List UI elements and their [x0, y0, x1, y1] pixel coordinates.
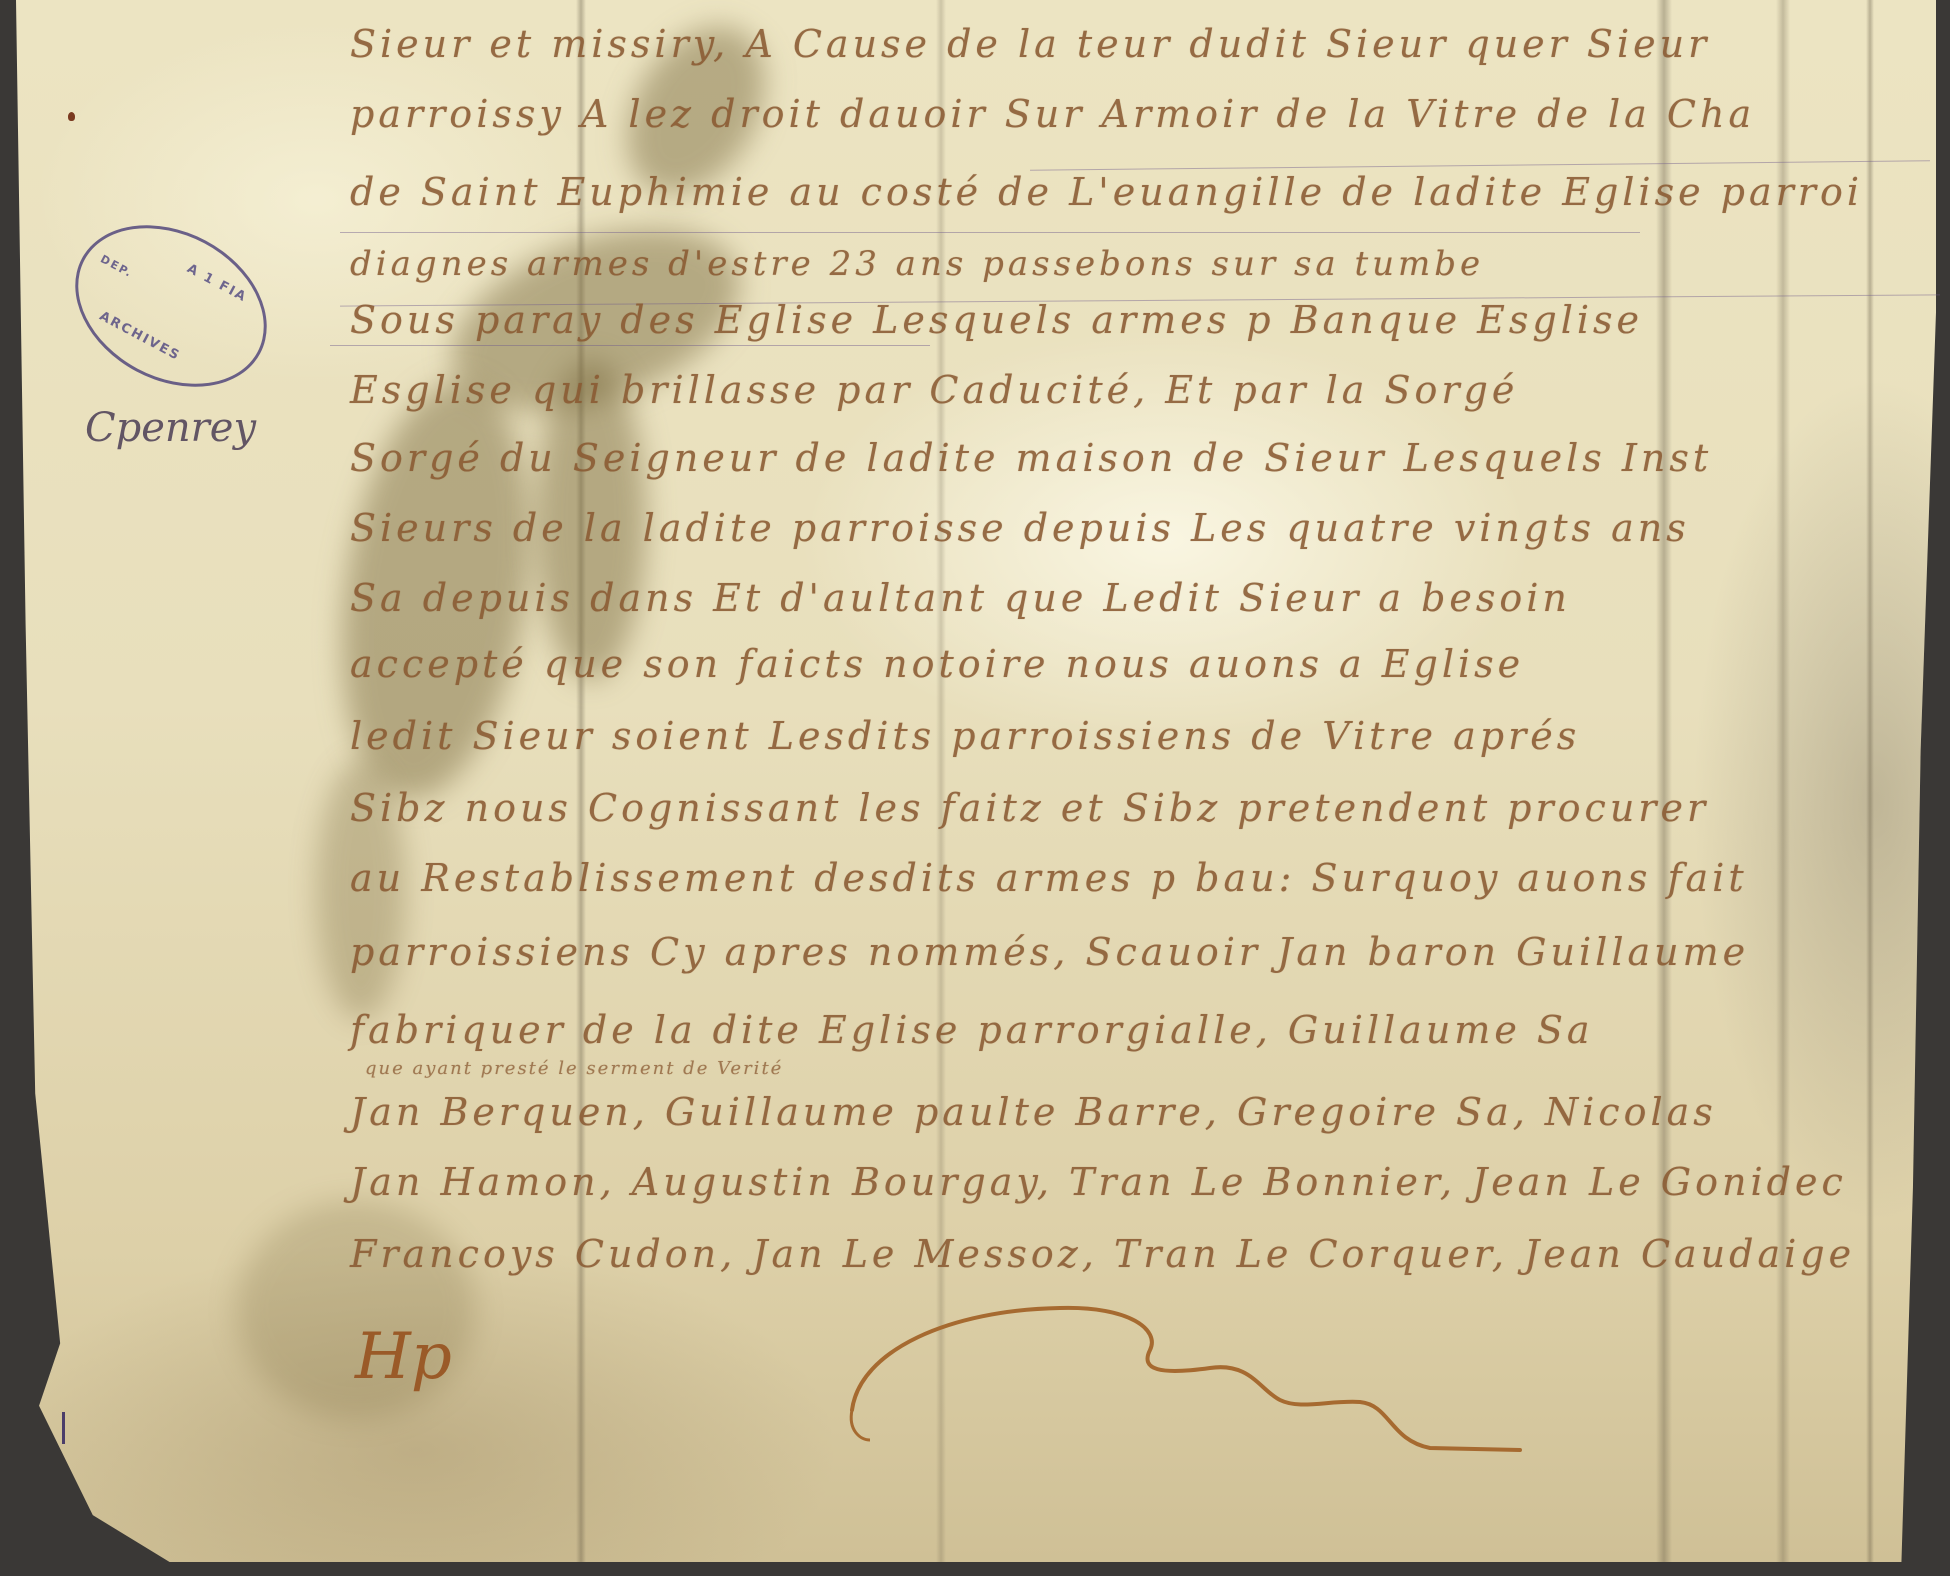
text-line: Sibz nous Cognissant les faitz et Sibz p… — [350, 786, 1709, 830]
text-line: Sieurs de la ladite parroisse depuis Les… — [350, 506, 1690, 550]
text-line: Jan Hamon, Augustin Bourgay, Tran Le Bon… — [350, 1160, 1847, 1204]
text-line: parroissy A lez droit dauoir Sur Armoir … — [350, 92, 1755, 136]
text-line: de Saint Euphimie au costé de L'euangill… — [350, 170, 1863, 214]
text-line: Francoys Cudon, Jan Le Messoz, Tran Le C… — [350, 1232, 1855, 1276]
ink-mark — [68, 112, 75, 121]
text-line: diagnes armes d'estre 23 ans passebons s… — [350, 244, 1484, 284]
text-line: Sous paray des Eglise Lesquels armes p B… — [350, 298, 1643, 342]
text-line: Jan Berquen, Guillaume paulte Barre, Gre… — [350, 1090, 1717, 1134]
fold-crease — [1656, 0, 1672, 1562]
text-line: fabriquer de la dite Eglise parrorgialle… — [350, 1008, 1594, 1052]
text-line: Sorgé du Seigneur de ladite maison de Si… — [350, 436, 1712, 480]
paraph-signature: Hp — [355, 1320, 452, 1394]
stamp-text-top: A 1 FIA — [184, 261, 249, 305]
text-line: au Restablissement desdits armes p bau: … — [350, 856, 1748, 900]
margin-annotation: Cpenrey — [85, 405, 256, 451]
text-line: Esglise qui brillasse par Caducité, Et p… — [350, 368, 1518, 412]
signature-flourish — [830, 1290, 1530, 1470]
fold-crease — [1776, 0, 1790, 1562]
interlinear-note: que ayant presté le serment de Verité — [365, 1058, 783, 1079]
text-line: parroissiens Cy apres nommés, Scauoir Ja… — [350, 930, 1749, 974]
stamp-text-side: DEP. — [98, 252, 135, 280]
text-line: ledit Sieur soient Lesdits parroissiens … — [350, 714, 1580, 758]
text-line: Sieur et missiry, A Cause de la teur dud… — [350, 22, 1710, 66]
ruled-line — [340, 232, 1640, 233]
fold-crease — [1866, 0, 1874, 1562]
fold-crease — [576, 0, 586, 1562]
text-line: Sa depuis dans Et d'aultant que Ledit Si… — [350, 576, 1571, 620]
text-line: accepté que son faicts notoire nous auon… — [350, 642, 1524, 686]
margin-mark — [62, 1412, 65, 1444]
ruled-line — [330, 345, 930, 346]
